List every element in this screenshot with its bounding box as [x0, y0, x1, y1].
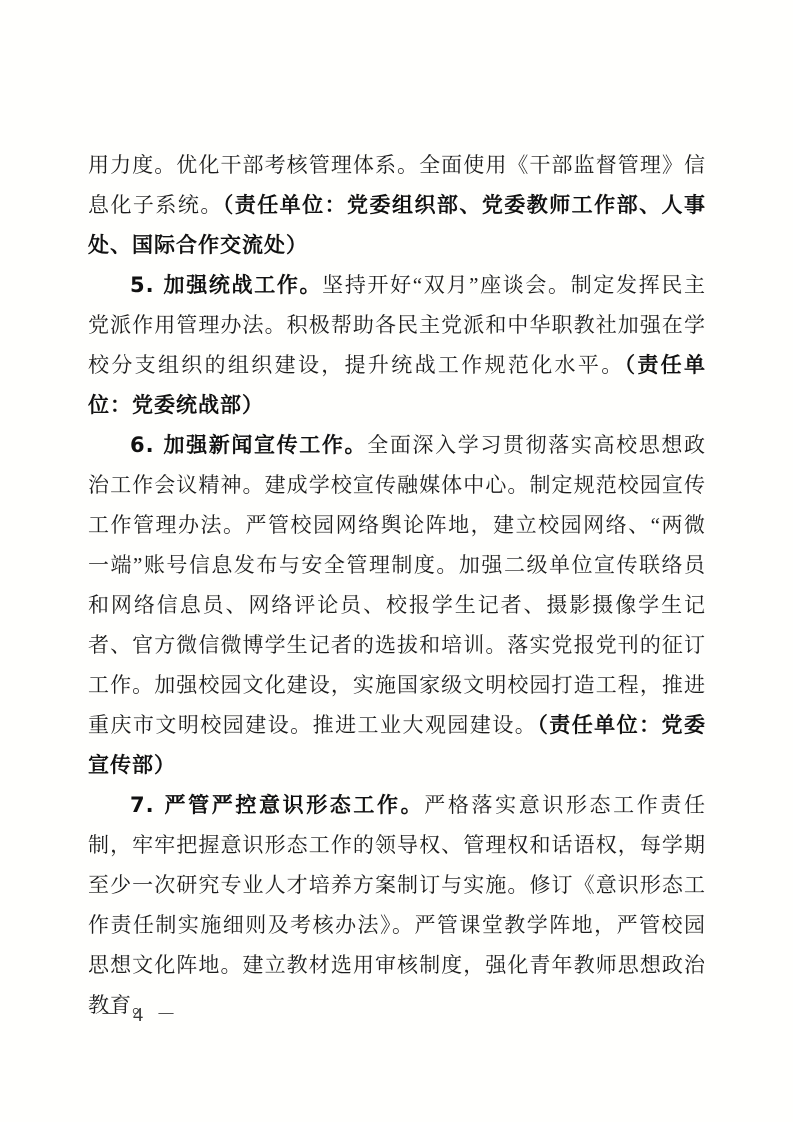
item-5-heading: 5. 加强统战工作。 — [130, 273, 322, 297]
page-number: － 4 － — [100, 1000, 180, 1030]
paragraph-text: 严格落实意识形态工作责任制，牢牢把握意识形态工作的领导权、管理权和话语权，每学期… — [88, 793, 706, 1017]
item-6-heading: 6. 加强新闻宣传工作。 — [130, 433, 367, 457]
page-number-label: － 4 － — [100, 1004, 180, 1026]
body-text: 用力度。优化干部考核管理体系。全面使用《干部监督管理》信息化子系统。（责任单位：… — [88, 145, 706, 1025]
paragraph-text: 全面深入学习贯彻落实高校思想政治工作会议精神。建成学校宣传融媒体中心。制定规范校… — [88, 433, 706, 737]
paragraph-continuation: 用力度。优化干部考核管理体系。全面使用《干部监督管理》信息化子系统。（责任单位：… — [88, 145, 706, 265]
paragraph-item-7: 7. 严管严控意识形态工作。严格落实意识形态工作责任制，牢牢把握意识形态工作的领… — [88, 785, 706, 1025]
paragraph-item-5: 5. 加强统战工作。坚持开好“双月”座谈会。制定发挥民主党派作用管理办法。积极帮… — [88, 265, 706, 425]
item-7-heading: 7. 严管严控意识形态工作。 — [130, 793, 424, 817]
document-page: 用力度。优化干部考核管理体系。全面使用《干部监督管理》信息化子系统。（责任单位：… — [0, 0, 793, 1122]
paragraph-item-6: 6. 加强新闻宣传工作。全面深入学习贯彻落实高校思想政治工作会议精神。建成学校宣… — [88, 425, 706, 785]
